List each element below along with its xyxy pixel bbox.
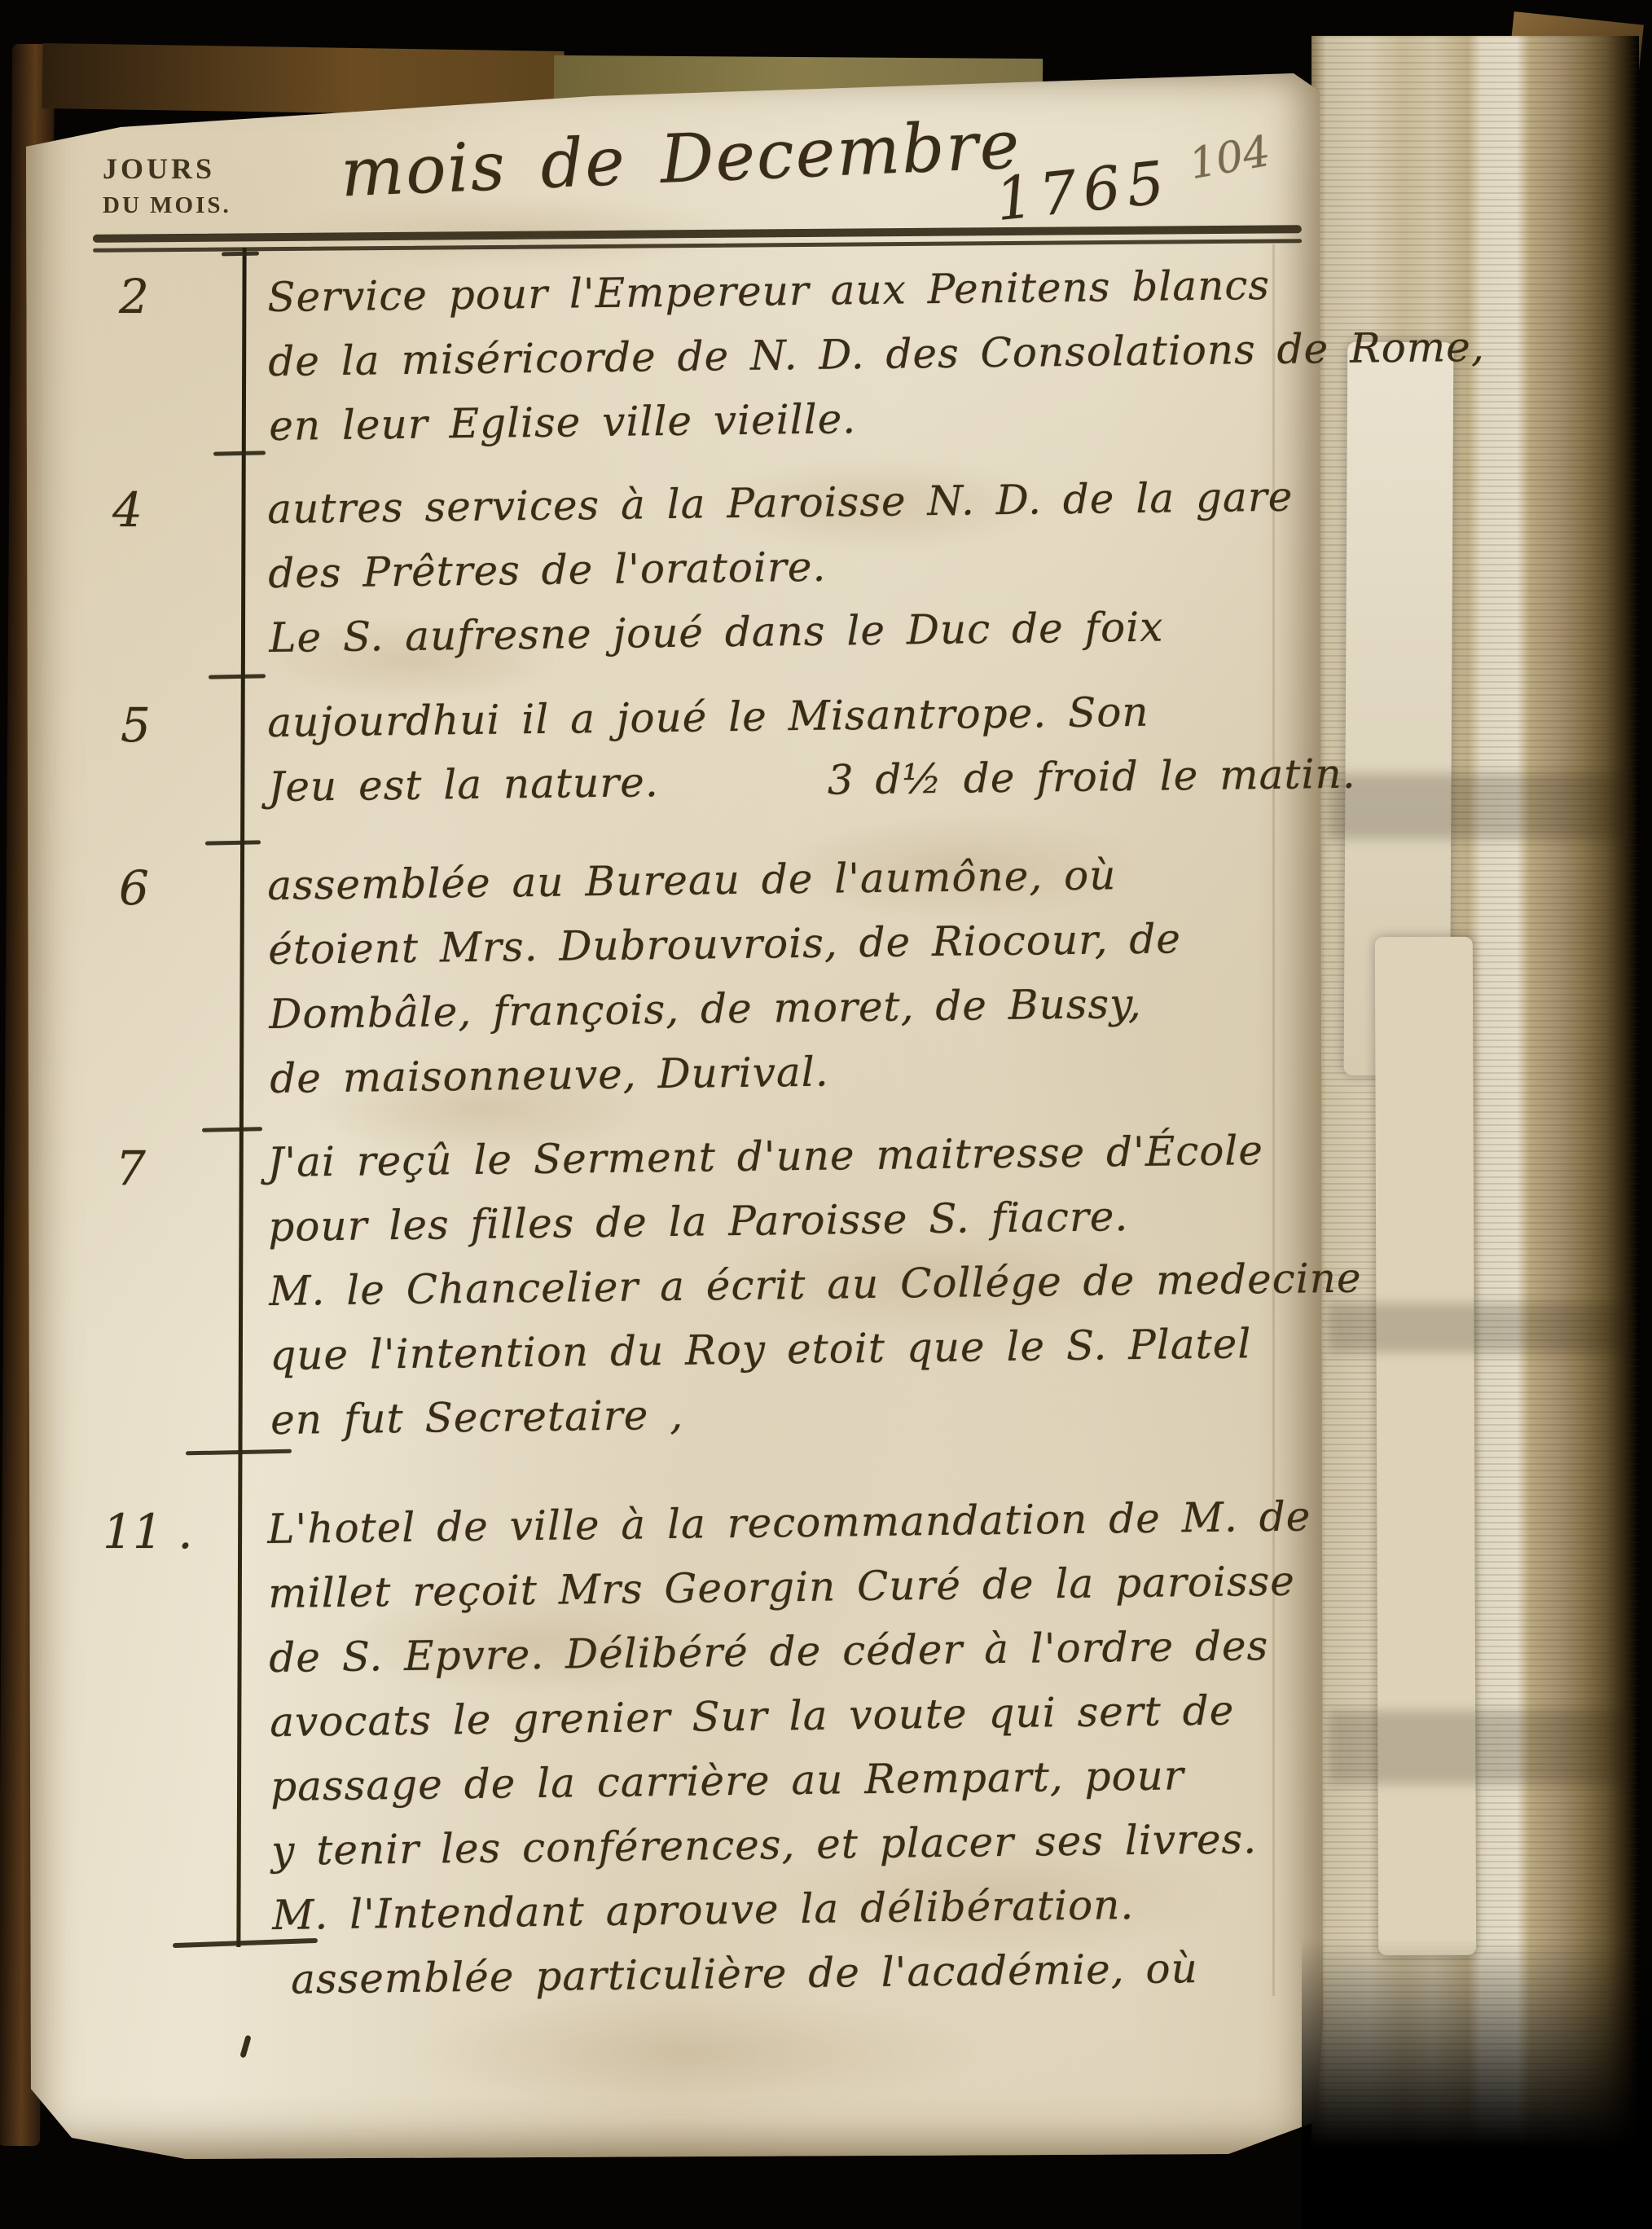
entry-line: Dombâle, françois, de moret, de Bussy, (269, 979, 1183, 1055)
entry-line: autres services à la Paroisse N. D. de l… (267, 473, 1294, 550)
journal-entry-day5: aujourdhui il a joué le Misantrope. Son … (267, 686, 1356, 828)
entry-line: de maisonneuve, Durival. (270, 1044, 1184, 1119)
journal-entry-day7: J'ai reçû le Serment d'une maitresse d'É… (267, 1126, 1364, 1461)
day-number: 4 (112, 482, 143, 538)
entry-line: Le S. aufresne joué dans le Duc de foix (269, 602, 1295, 679)
edge-shadow-streak (1328, 1304, 1629, 1352)
journal-entry-day6: assemblée au Bureau de l'aumône, où étoi… (267, 851, 1183, 1119)
printed-header-line1: JOURS (103, 152, 231, 186)
day-number: 5 (121, 697, 151, 753)
entry-separator-tick (222, 252, 259, 257)
entry-line: assemblée particulière de l'académie, où (273, 1943, 1317, 2020)
journal-entry-day4: autres services à la Paroisse N. D. de l… (267, 473, 1295, 679)
printed-header-line2: DU MOIS. (103, 192, 231, 219)
entry-line: des Prêtres de l'oratoire. (268, 538, 1294, 614)
entry-line: assemblée au Bureau de l'aumône, où (267, 851, 1181, 926)
printed-column-header: JOURS DU MOIS. (103, 152, 231, 219)
day-number: 2 (119, 269, 149, 324)
shadow-fade (1302, 1939, 1652, 2229)
journal-entry-day11: L'hotel de ville à la recommandation de … (267, 1493, 1317, 2020)
day-number: 6 (119, 860, 149, 916)
entry-line: en fut Secretaire , (270, 1383, 1364, 1461)
manuscript-scan: { "header": { "printed_label": ["JOURS",… (0, 0, 1652, 2229)
edge-shadow-streak (1328, 774, 1629, 839)
entry-line: Jeu est la nature. 3 d½ de froid le mati… (268, 750, 1356, 828)
edge-shadow-streak (1328, 1711, 1629, 1784)
day-number: 7 (116, 1141, 146, 1196)
protruding-page-tab (1375, 937, 1476, 1955)
journal-entry-day2: Service pour l'Empereur aux Penitens bla… (267, 259, 1486, 467)
day-number: 11 . (103, 1504, 193, 1559)
entry-line: étoient Mrs. Dubrouvrois, de Riocour, de (268, 915, 1182, 991)
